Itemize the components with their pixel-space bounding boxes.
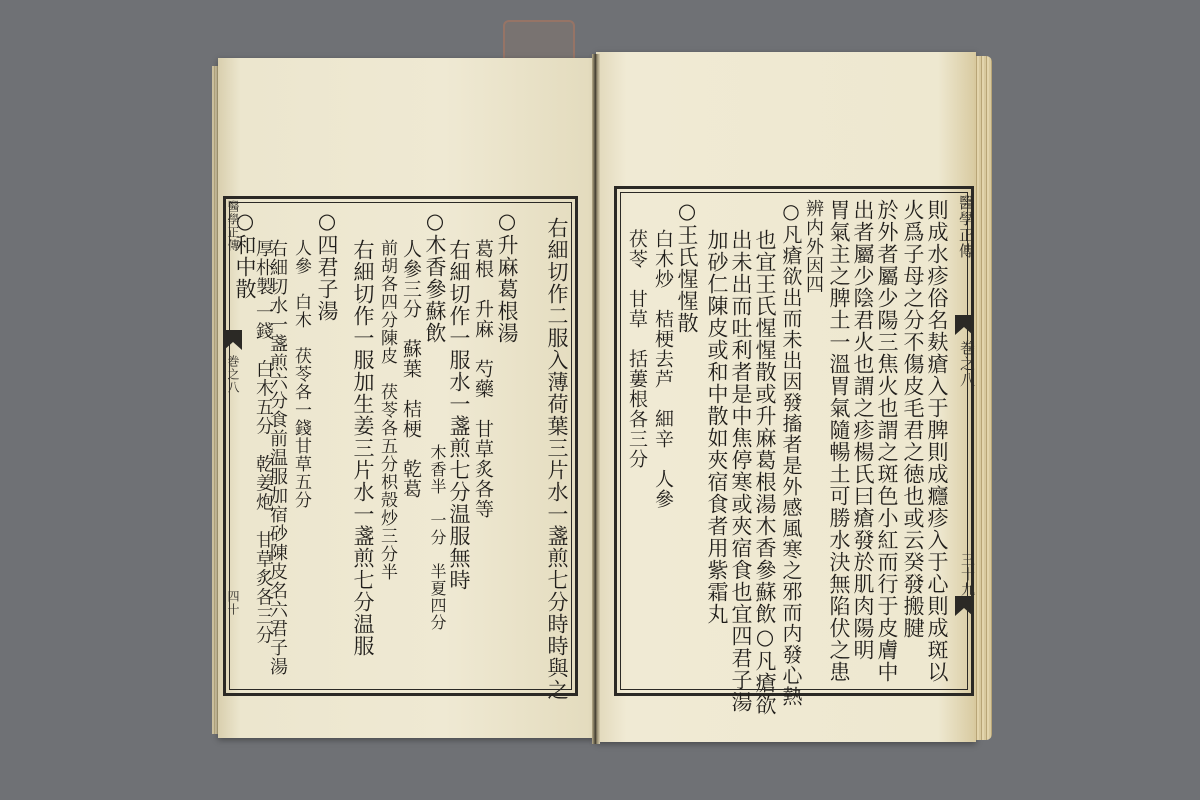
text-column: 前胡各四分陳皮 茯苓各五分枳殻炒三分半 bbox=[375, 239, 399, 581]
text-column: 白木炒 桔梗去芦 細辛 人參 bbox=[651, 229, 675, 509]
text-column: 木香半 一分 半夏四分 bbox=[425, 444, 449, 631]
text-column: 厚朴製 一錢 白木五分 乾姜炮 甘草炙各三分 bbox=[251, 239, 275, 645]
text-column: 出者屬少陰君火也謂之疹楊氏曰瘡發於肌肉陽明 bbox=[851, 199, 875, 661]
text-column: 辨内外因四 bbox=[801, 199, 825, 294]
text-column: 於外者屬少陽三焦火也謂之斑色小紅而行于皮膚中 bbox=[875, 199, 899, 683]
text-column: 火爲子母之分不傷皮毛君之徳也或云癸發搬腱 bbox=[901, 199, 925, 639]
left-page-number: 四十 bbox=[225, 590, 242, 616]
text-column: 右細切作二服入薄荷葉三片水一盞煎七分時時與之 bbox=[545, 217, 569, 701]
right-page-edges bbox=[974, 56, 992, 740]
right-text-frame: 則成水疹俗名麸瘡入于脾則成癮疹入于心則成斑以 火爲子母之分不傷皮毛君之徳也或云癸… bbox=[614, 186, 974, 696]
text-column: ○升麻葛根湯 bbox=[495, 209, 519, 344]
right-page-number: 三十九 bbox=[957, 552, 977, 597]
text-column: 右細切作一服水一盞煎七分温服無時 bbox=[447, 239, 471, 591]
text-column: ○凡瘡欲出而未出因發搐者是外感風寒之邪而内發心熱 bbox=[779, 199, 803, 707]
text-column: 則成水疹俗名麸瘡入于脾則成癮疹入于心則成斑以 bbox=[925, 199, 949, 683]
text-column: 胃氣主之脾土一溫胃氣隨暢土可勝水決無陷伏之患 bbox=[827, 199, 851, 683]
text-column: 茯苓 甘草 括蔞根各三分 bbox=[625, 229, 649, 469]
text-column: 也宜王氏惺惺散或升麻葛根湯木香參蘇飲○凡瘡欲 bbox=[753, 229, 777, 716]
text-column: 人參 白木 茯苓各一錢甘草五分 bbox=[289, 239, 313, 509]
text-column: 右細切水一盞煎六分食前温服加宿砂陳皮名六君子湯 bbox=[265, 239, 289, 676]
text-column: 葛根 升麻 芍藥 甘草炙各等 bbox=[471, 239, 495, 519]
text-column: ○木香參蘇飲 bbox=[423, 209, 447, 344]
right-margin-title: 醫學正傳 bbox=[956, 195, 977, 259]
text-column: 右細切作一服加生姜三片水一盞煎七分温服 bbox=[351, 239, 375, 657]
book-spine bbox=[592, 54, 600, 744]
left-margin-title: 醫學正傳 bbox=[225, 200, 242, 252]
left-text-frame: 右細切作二服入薄荷葉三片水一盞煎七分時時與之 ○升麻葛根湯 葛根 升麻 芍藥 甘… bbox=[223, 196, 578, 696]
text-column: ○四君子湯 bbox=[315, 209, 339, 322]
text-column: 人參三分 蘇葉 桔梗 乾葛 bbox=[399, 239, 423, 499]
open-book: 右細切作二服入薄荷葉三片水一盞煎七分時時與之 ○升麻葛根湯 葛根 升麻 芍藥 甘… bbox=[0, 0, 1200, 800]
left-margin-volume: 巻之八 bbox=[225, 355, 242, 394]
text-column: 加砂仁陳皮或和中散如夾宿食者用紫霜丸 bbox=[705, 229, 729, 625]
text-column: ○王氏惺惺散 bbox=[675, 199, 699, 334]
right-margin-volume: 巻之八 bbox=[957, 340, 978, 388]
text-column: 出未出而吐利者是中焦停寒或夾宿食也宜四君子湯 bbox=[729, 229, 753, 713]
